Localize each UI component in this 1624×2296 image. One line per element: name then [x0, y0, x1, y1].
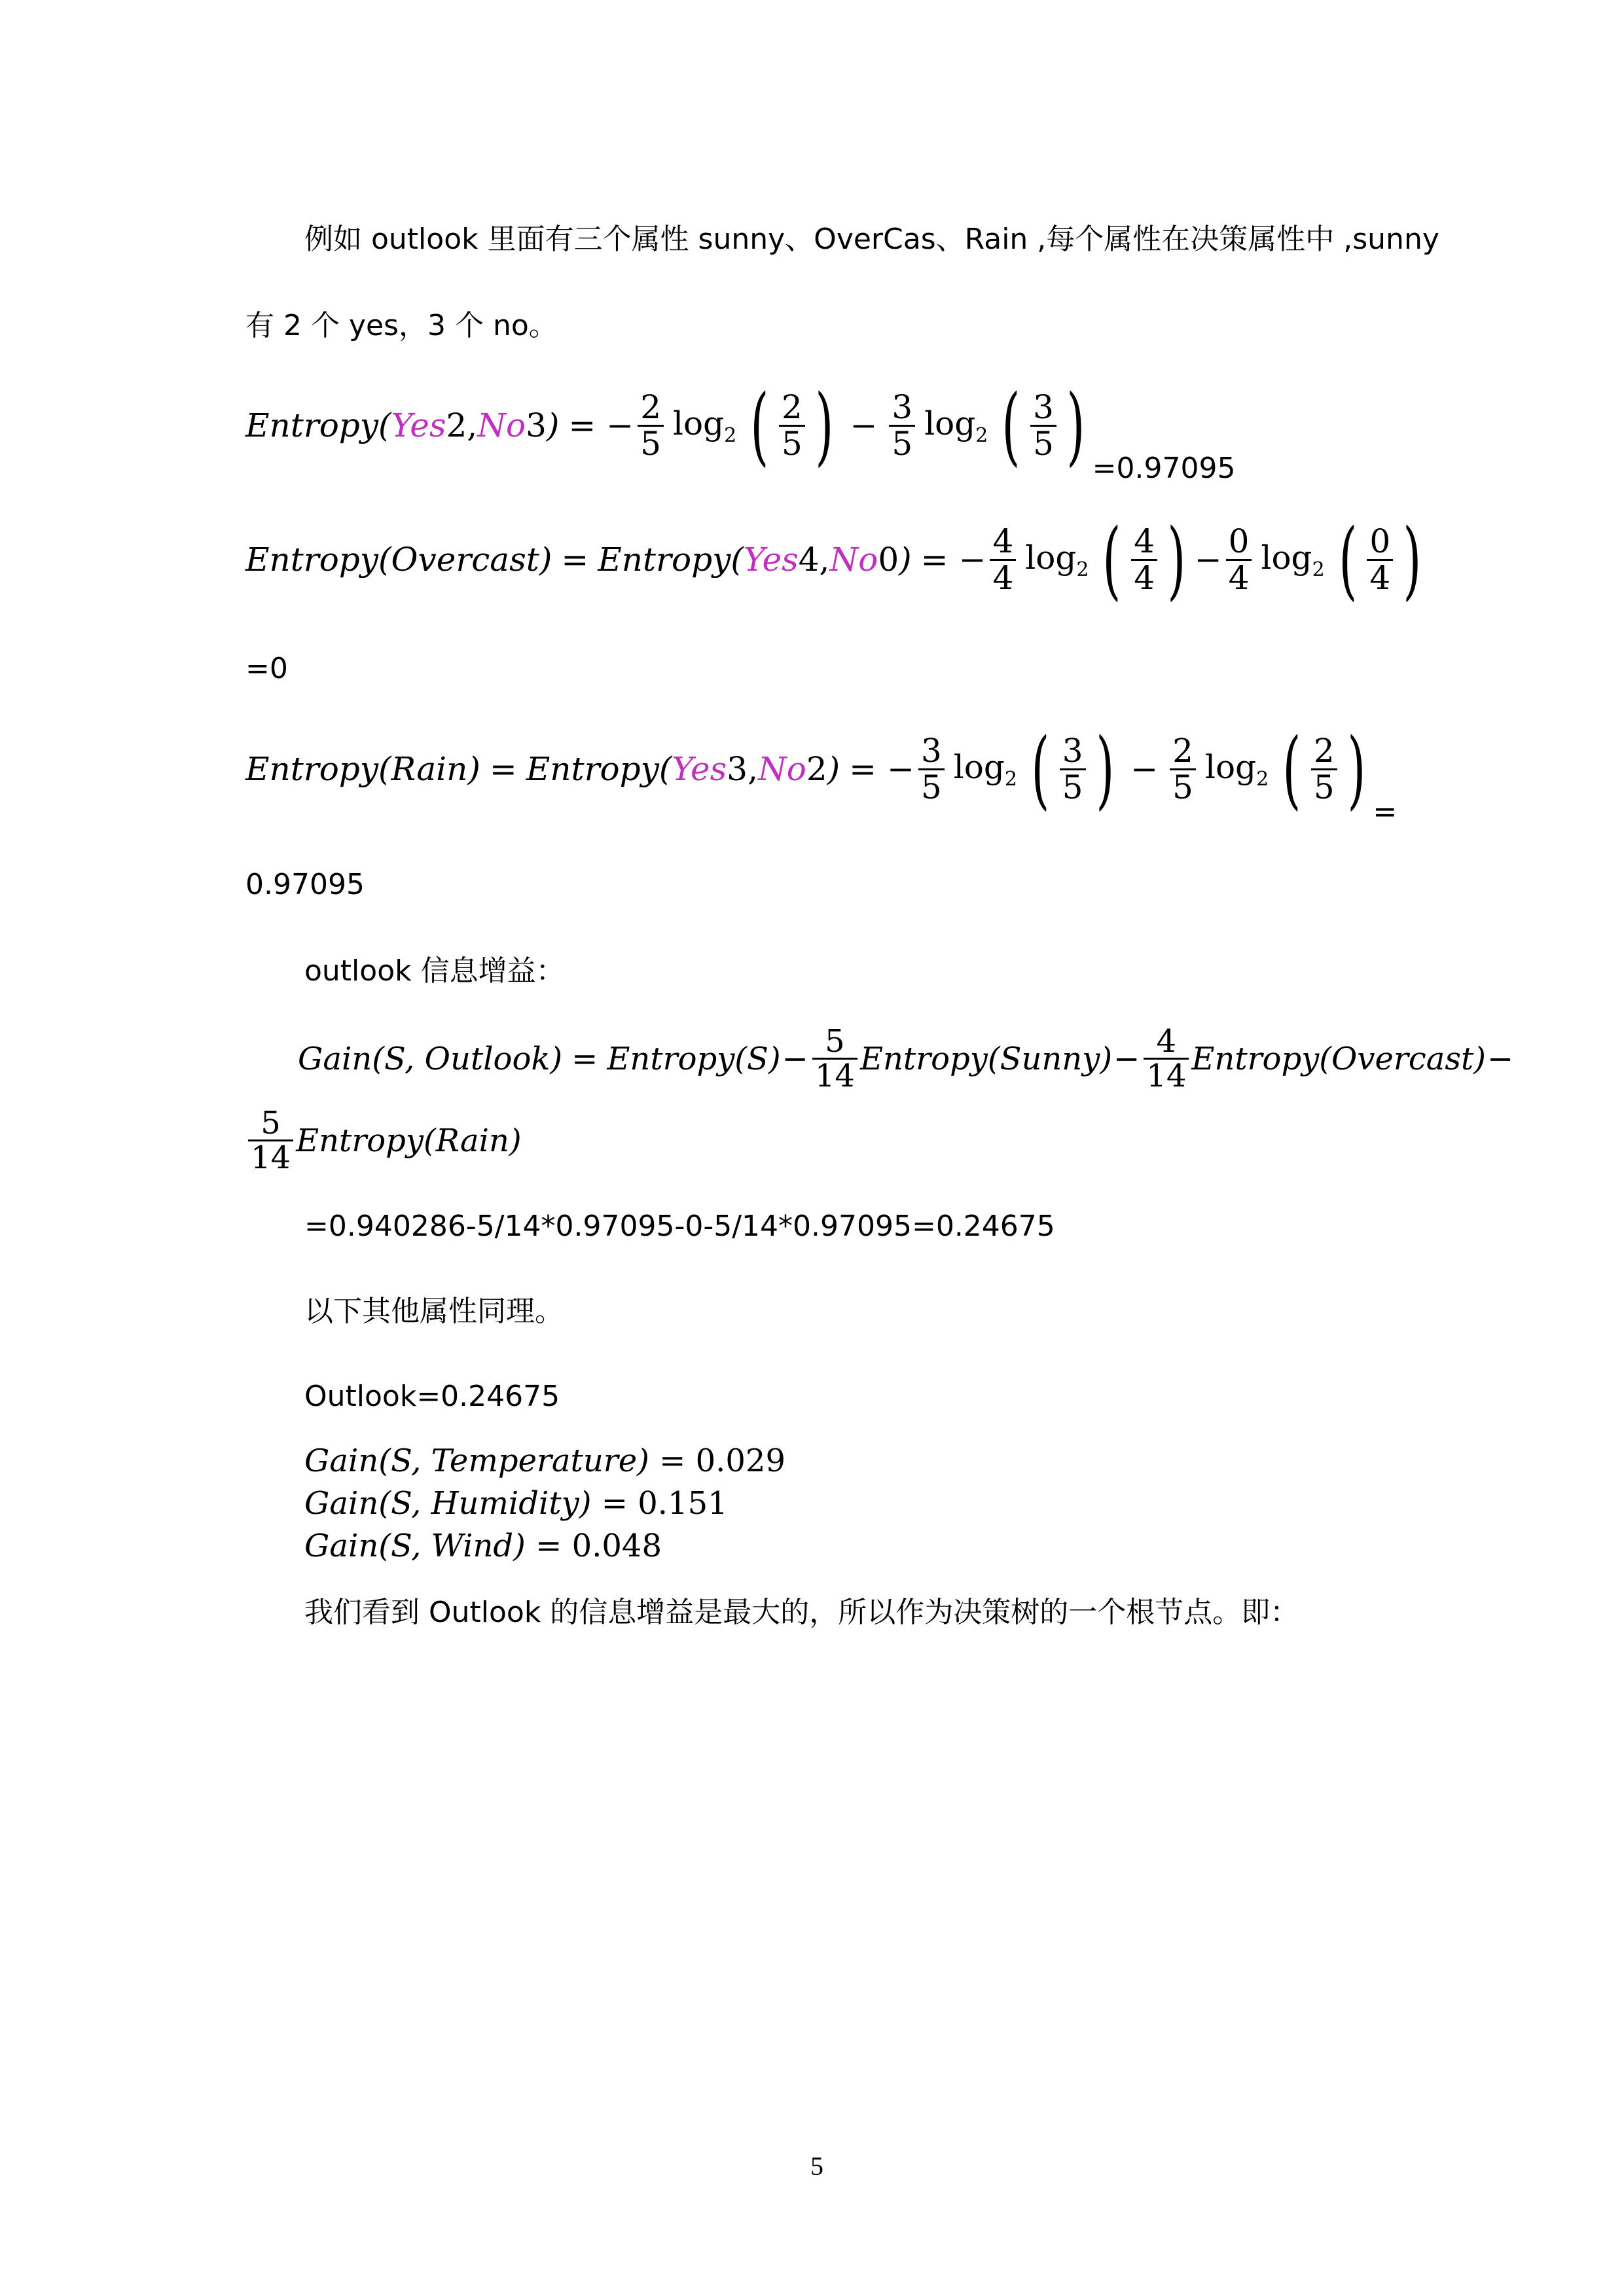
eq1-arg-1: 25	[779, 390, 805, 461]
den: 14	[812, 1058, 857, 1092]
log-base: 2	[1076, 558, 1089, 581]
eq1-fraction-1: 25	[638, 390, 664, 461]
eq3-fn: Entropy(	[526, 750, 672, 788]
eq3-minus-2: −	[1130, 750, 1158, 788]
gain-value: 0.048	[572, 1528, 662, 1564]
gain-minus-1: −	[782, 1041, 808, 1077]
left-paren-icon: (	[1283, 726, 1301, 812]
eq2-lhs: Entropy(Overcast)	[245, 541, 552, 579]
eq3-log-2: log2	[1205, 748, 1269, 791]
num: 3	[1030, 390, 1056, 425]
den: 14	[1144, 1058, 1189, 1092]
left-paren-icon: (	[751, 383, 769, 468]
log-base: 2	[1312, 558, 1325, 581]
outlook-result: Outlook=0.24675	[304, 1382, 560, 1411]
eq2-minus: −	[959, 541, 986, 579]
gain-term-entropy-rain: Entropy(Rain)	[296, 1122, 522, 1159]
conclusion: 我们看到 Outlook 的信息增益是最大的，所以作为决策树的一个根节点。即：	[304, 1598, 1299, 1627]
page-number: 5	[810, 2151, 823, 2181]
num: 4	[1154, 1025, 1180, 1058]
den: 4	[990, 559, 1016, 596]
others-note: 以下其他属性同理。	[304, 1297, 564, 1326]
eq3-minus: −	[887, 750, 914, 788]
eq2-arg-1: 44	[1131, 524, 1157, 595]
num: 2	[779, 390, 805, 425]
gain-minus-2: −	[1113, 1041, 1140, 1077]
equals: =	[649, 1443, 696, 1479]
den: 4	[1367, 559, 1393, 596]
equation-entropy-rain: Entropy(Rain) = Entropy(Yes3, No2) = − 3…	[245, 713, 1397, 825]
paragraph-intro-line2: 有 2 个 yes，3 个 no。	[245, 312, 558, 340]
den: 5	[1060, 768, 1086, 805]
equals: =	[526, 1528, 572, 1564]
eq2-log: log2	[1025, 539, 1089, 581]
log-text: log	[673, 404, 724, 442]
eq1-fn: Entropy(	[245, 406, 391, 444]
eq2-fraction-1: 44	[990, 524, 1016, 595]
num: 4	[990, 524, 1016, 559]
log-base: 2	[1256, 768, 1269, 791]
eq2-log-2: log2	[1261, 539, 1324, 581]
equation-entropy-sunny: Entropy(Yes2, No3) = − 25 log2 (25) − 35…	[245, 370, 1235, 481]
num: 2	[1170, 734, 1196, 768]
eq1-yes: Yes	[391, 406, 446, 444]
gain-term-entropy-sunny: Entropy(Sunny)	[860, 1041, 1112, 1077]
eq2-equals-2: =	[921, 541, 948, 579]
eq3-no: No	[758, 750, 806, 788]
gain-fraction-2: 414	[1144, 1025, 1189, 1093]
den: 5	[638, 425, 664, 461]
gain-calculation: =0.940286-5/14*0.97095-0-5/14*0.97095=0.…	[304, 1212, 1055, 1241]
den: 5	[1311, 768, 1337, 805]
log-text: log	[1261, 539, 1312, 577]
eq2-yes-count: 4,	[799, 541, 830, 579]
eq1-log: log2	[673, 404, 736, 447]
right-paren-icon: )	[1066, 383, 1085, 468]
num: 5	[258, 1107, 283, 1139]
den: 14	[248, 1139, 293, 1174]
eq3-no-count: 2	[806, 750, 827, 788]
den: 5	[889, 425, 915, 461]
gain-value: 0.151	[638, 1485, 727, 1522]
eq3-arg-1: 35	[1060, 734, 1086, 804]
gain-heading: outlook 信息增益：	[304, 957, 565, 986]
num: 3	[918, 734, 945, 768]
eq1-result: =0.97095	[1092, 452, 1236, 485]
num: 5	[822, 1025, 848, 1058]
gain-lhs: Gain(S, Outlook)	[298, 1041, 562, 1077]
eq3-log: log2	[954, 748, 1017, 791]
eq2-equals: =	[561, 541, 588, 579]
paragraph-intro-line1: 例如 outlook 里面有三个属性 sunny、OverCas、Rain ,每…	[304, 225, 1439, 254]
eq3-equals-2: =	[849, 750, 876, 788]
left-paren-icon: (	[1339, 517, 1357, 602]
right-paren-icon: )	[1096, 726, 1114, 812]
log-base: 2	[975, 424, 988, 447]
equation-gain-outlook-cont: 514 Entropy(Rain)	[245, 1100, 522, 1181]
num: 4	[1131, 524, 1157, 559]
den: 5	[779, 425, 805, 461]
eq1-minus: −	[606, 406, 634, 444]
gain-term-entropy-overcast: Entropy(Overcast)	[1191, 1041, 1486, 1077]
den: 4	[1131, 559, 1157, 596]
eq2-no-count: 0	[878, 541, 899, 579]
gain-humidity: Gain(S, Humidity) = 0.151	[304, 1488, 728, 1519]
right-paren-icon: )	[815, 383, 833, 468]
den: 4	[1226, 559, 1252, 596]
log-text: log	[1025, 539, 1076, 577]
eq3-yes-count: 3,	[727, 750, 758, 788]
gain-equals: =	[571, 1041, 598, 1077]
eq1-fraction-2: 35	[889, 390, 915, 461]
eq2-minus-2: −	[1195, 541, 1222, 579]
equation-entropy-overcast: Entropy(Overcast) = Entropy(Yes4, No0) =…	[245, 504, 1429, 615]
den: 5	[918, 768, 945, 805]
eq3-fraction-1: 35	[918, 734, 945, 804]
left-paren-icon: (	[1002, 383, 1020, 468]
eq1-no-count: 3	[526, 406, 547, 444]
num: 0	[1367, 524, 1393, 559]
gain-fraction-3: 514	[248, 1107, 293, 1175]
right-paren-icon: )	[1167, 517, 1185, 602]
eq2-close: )	[899, 541, 912, 579]
num: 3	[1060, 734, 1086, 768]
eq3-close: )	[827, 750, 840, 788]
gain-temperature: Gain(S, Temperature) = 0.029	[304, 1445, 785, 1477]
eq1-arg-2: 35	[1030, 390, 1056, 461]
right-paren-icon: )	[1403, 517, 1422, 602]
eq3-result: 0.97095	[245, 870, 365, 899]
eq1-no: No	[477, 406, 526, 444]
eq2-no: No	[829, 541, 878, 579]
log-base: 2	[1005, 768, 1017, 791]
gain-wind: Gain(S, Wind) = 0.048	[304, 1530, 662, 1562]
den: 5	[1170, 768, 1196, 805]
eq3-yes: Yes	[672, 750, 727, 788]
num: 2	[1311, 734, 1337, 768]
eq2-result: =0	[245, 655, 288, 683]
gain-fraction-1: 514	[812, 1025, 857, 1093]
num: 3	[889, 390, 915, 425]
eq2-arg-2: 04	[1367, 524, 1393, 595]
den: 5	[1030, 425, 1056, 461]
log-text: log	[1205, 748, 1256, 786]
eq2-yes: Yes	[744, 541, 799, 579]
eq1-equals: =	[568, 406, 596, 444]
left-paren-icon: (	[1031, 726, 1049, 812]
gain-label: Gain(S, Temperature)	[304, 1443, 649, 1479]
num: 0	[1226, 524, 1252, 559]
eq1-log-2: log2	[924, 404, 988, 447]
eq1-yes-count: 2,	[446, 406, 477, 444]
equation-gain-outlook: Gain(S, Outlook) = Entropy(S) − 514 Entr…	[298, 1018, 1515, 1100]
gain-value: 0.029	[696, 1443, 785, 1479]
gain-term-entropy-s: Entropy(S)	[607, 1041, 780, 1077]
eq3-equals: =	[490, 750, 517, 788]
num: 2	[638, 390, 664, 425]
eq3-fraction-2: 25	[1170, 734, 1196, 804]
log-text: log	[954, 748, 1005, 786]
eq2-fraction-2: 04	[1226, 524, 1252, 595]
eq1-close: )	[547, 406, 560, 444]
eq1-minus-2: −	[850, 406, 877, 444]
log-base: 2	[724, 424, 736, 447]
gain-label: Gain(S, Wind)	[304, 1528, 526, 1564]
log-text: log	[924, 404, 975, 442]
eq3-arg-2: 25	[1311, 734, 1337, 804]
eq3-lhs: Entropy(Rain)	[245, 750, 480, 788]
gain-label: Gain(S, Humidity)	[304, 1485, 592, 1522]
equals: =	[592, 1485, 638, 1522]
eq2-fn: Entropy(	[598, 541, 744, 579]
right-paren-icon: )	[1347, 726, 1365, 812]
eq3-trailing-equals: =	[1373, 795, 1397, 829]
gain-minus-3: −	[1487, 1041, 1513, 1077]
left-paren-icon: (	[1103, 517, 1121, 602]
